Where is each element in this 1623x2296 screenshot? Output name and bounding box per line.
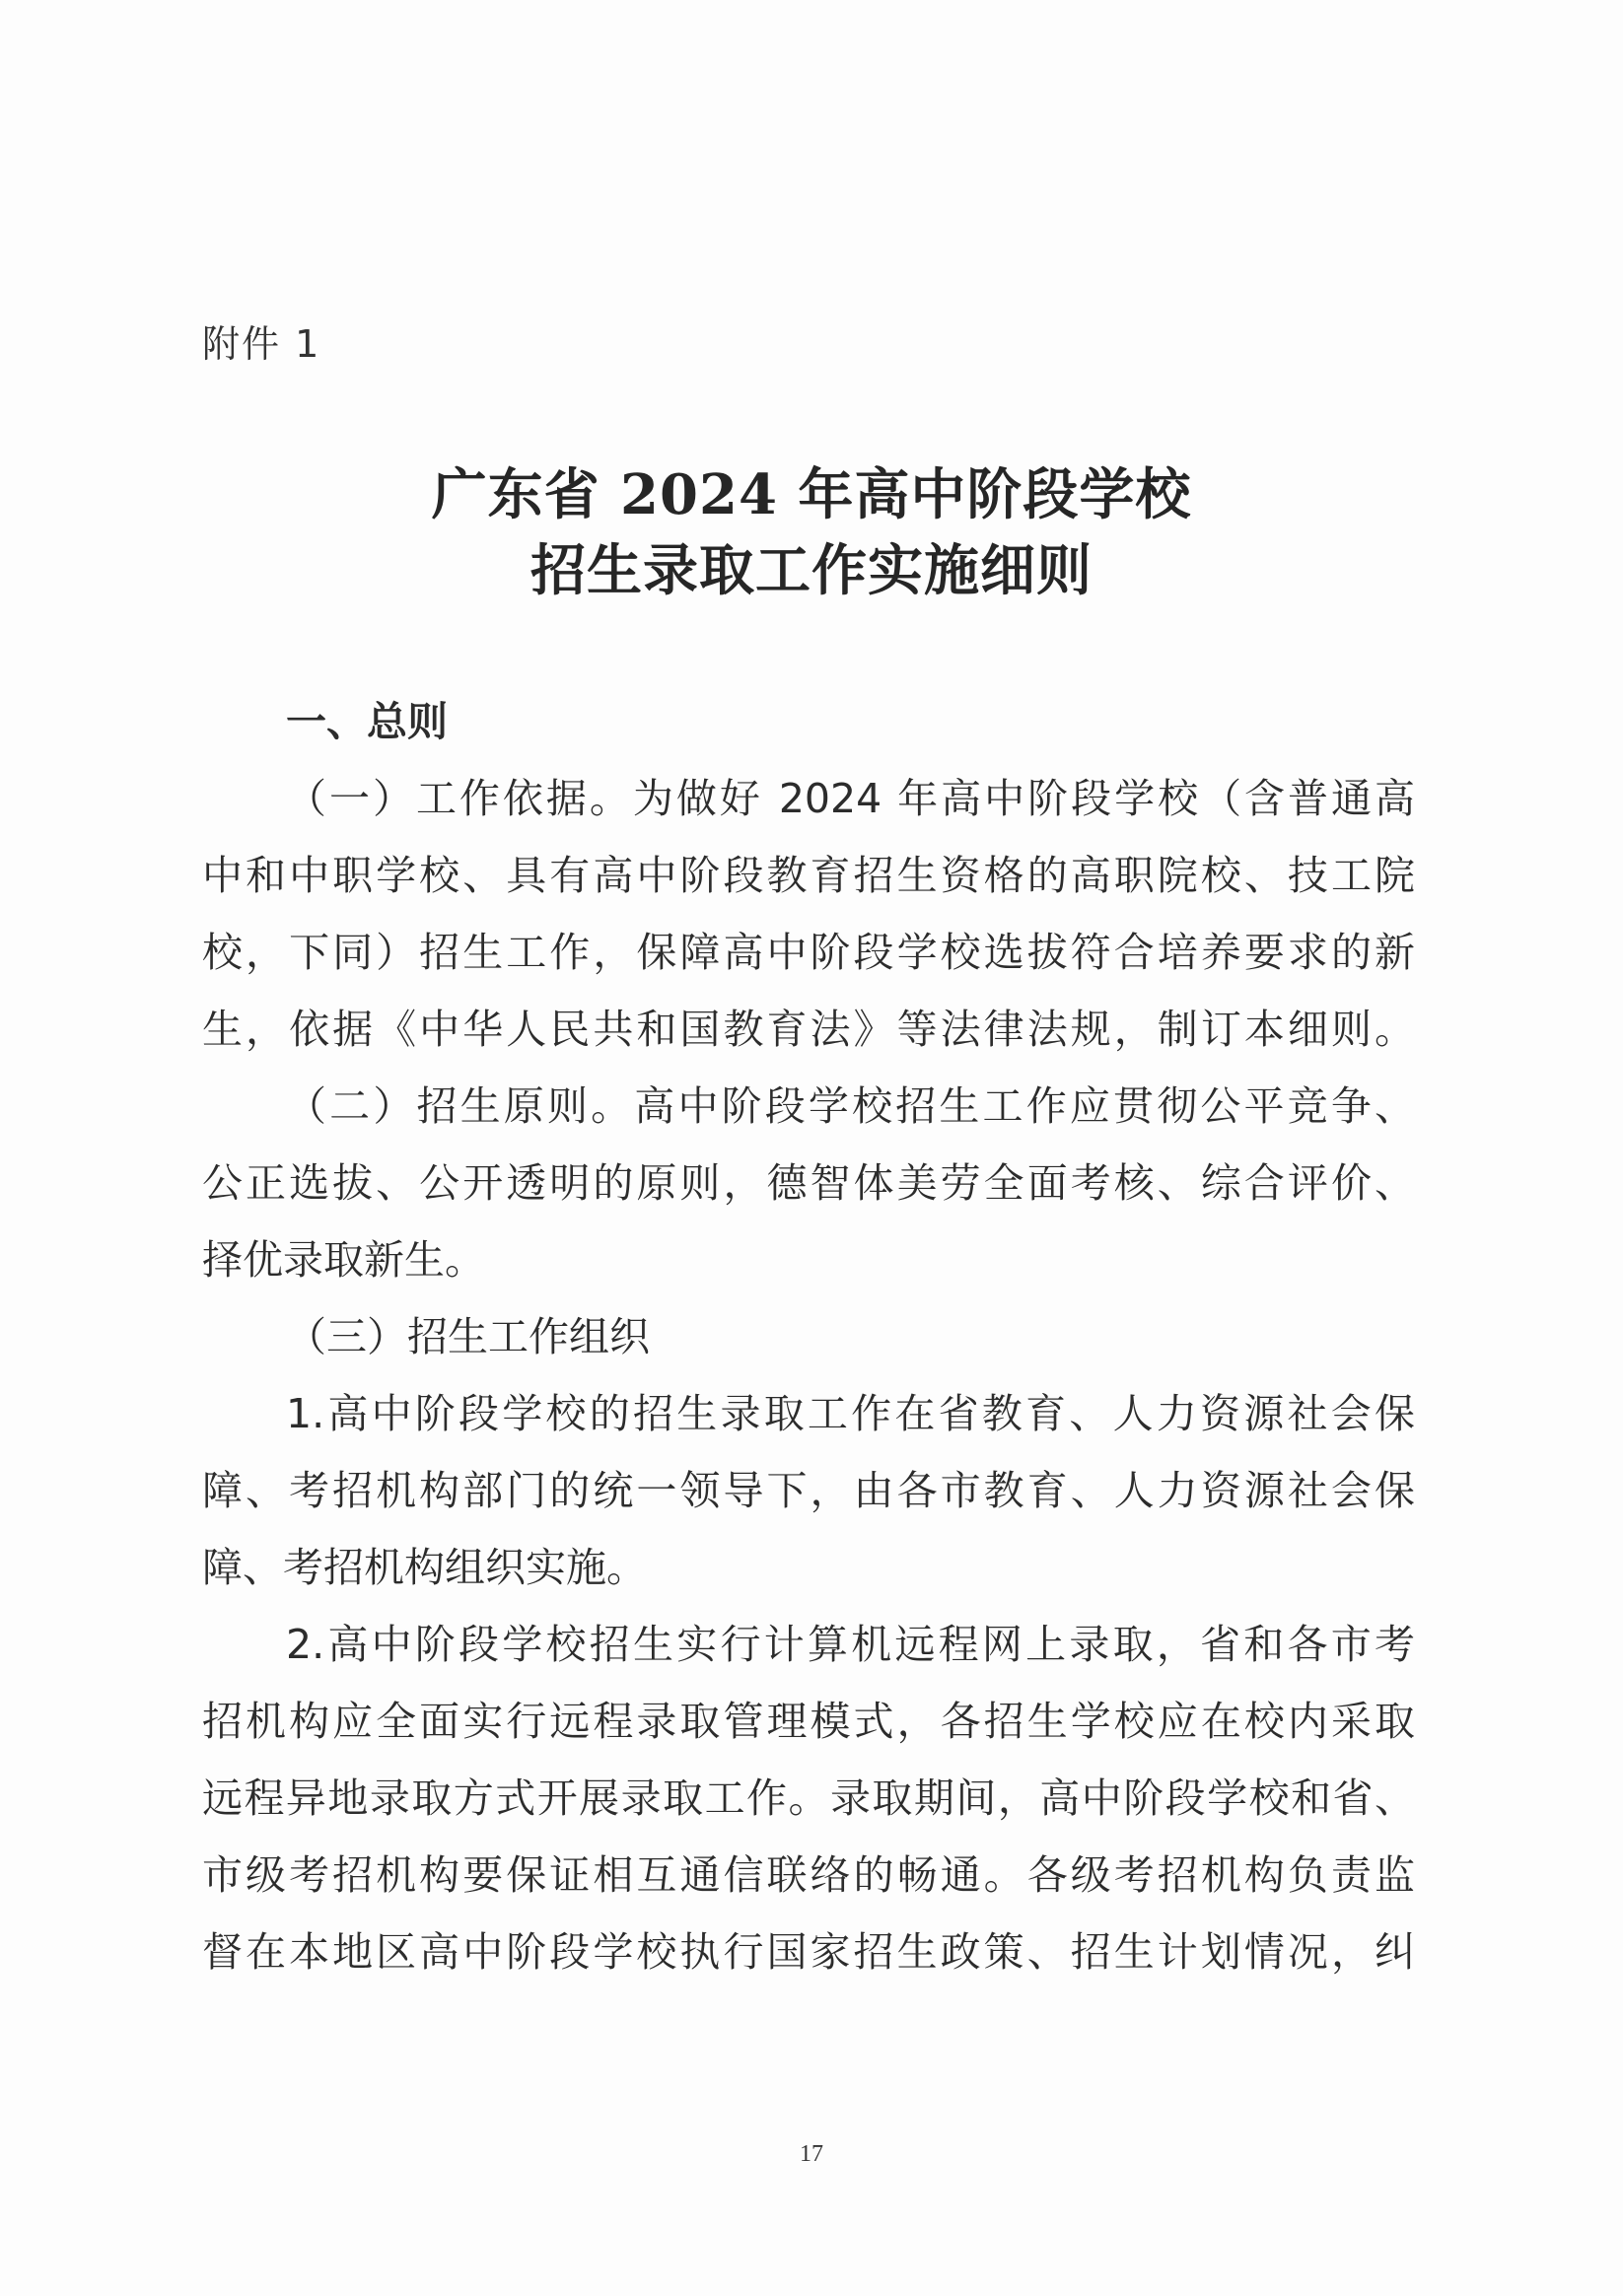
page-number: 17 — [0, 2141, 1623, 2168]
subsection-heading-organization: （三）招生工作组织 — [286, 1307, 1415, 1366]
document-title-line-2: 招生录取工作实施细则 — [0, 527, 1623, 606]
paragraph-line: 招机构应全面实行远程录取管理模式，各招生学校应在校内采取 — [202, 1692, 1415, 1751]
paragraph-line: 中和中职学校、具有高中阶段教育招生资格的高职院校、技工院 — [202, 846, 1415, 905]
paragraph-line: 远程异地录取方式开展录取工作。录取期间，高中阶段学校和省、 — [202, 1769, 1415, 1828]
paragraph-line: （二）招生原则。高中阶段学校招生工作应贯彻公平竞争、 — [286, 1077, 1415, 1136]
paragraph-line: 市级考招机构要保证相互通信联络的畅通。各级考招机构负责监 — [202, 1845, 1415, 1905]
paragraph-line: 障、考招机构部门的统一领导下，由各市教育、人力资源社会保 — [202, 1461, 1415, 1520]
document-title-line-1: 广东省 2024 年高中阶段学校 — [0, 452, 1623, 530]
paragraph-line: 生，依据《中华人民共和国教育法》等法律法规，制订本细则。 — [202, 1000, 1415, 1059]
document-page: 附件 1 广东省 2024 年高中阶段学校 招生录取工作实施细则 一、总则 （一… — [0, 0, 1623, 2296]
paragraph-line: 择优录取新生。 — [202, 1230, 1415, 1289]
paragraph-line: 1.高中阶段学校的招生录取工作在省教育、人力资源社会保 — [286, 1384, 1415, 1443]
paragraph-line: 校，下同）招生工作，保障高中阶段学校选拔符合培养要求的新 — [202, 923, 1415, 982]
paragraph-line: 2.高中阶段学校招生实行计算机远程网上录取，省和各市考 — [286, 1615, 1415, 1674]
paragraph-line: （一）工作依据。为做好 2024 年高中阶段学校（含普通高 — [286, 769, 1415, 828]
attachment-label: 附件 1 — [202, 313, 320, 368]
section-heading-general-provisions: 一、总则 — [286, 692, 448, 751]
paragraph-line: 督在本地区高中阶段学校执行国家招生政策、招生计划情况，纠 — [202, 1922, 1415, 1982]
paragraph-line: 公正选拔、公开透明的原则，德智体美劳全面考核、综合评价、 — [202, 1153, 1415, 1213]
paragraph-line: 障、考招机构组织实施。 — [202, 1538, 1415, 1597]
